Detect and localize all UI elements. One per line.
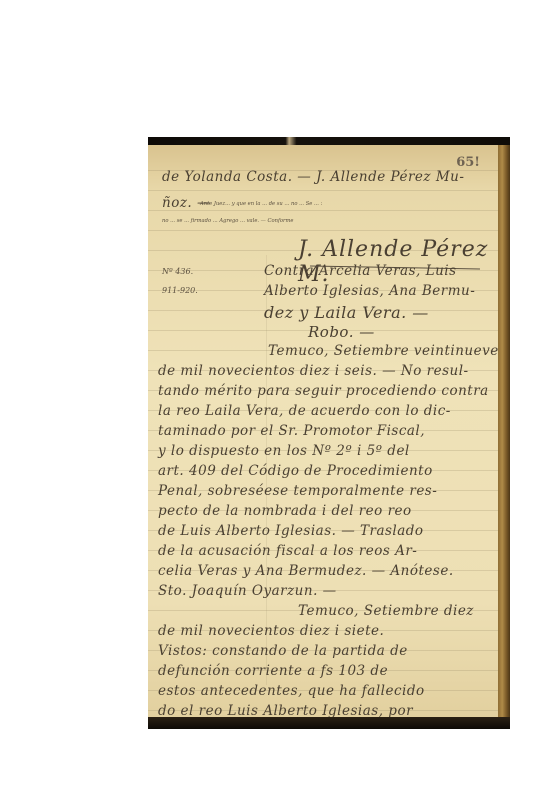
margin-note: Nº 436. (162, 267, 193, 276)
margin-note: 911-920. (162, 286, 198, 295)
entry-title-line: Alberto Iglesias, Ana Bermu- (264, 283, 475, 299)
body-line: Temuco, Setiembre diez (298, 603, 474, 619)
header-line: de Yolanda Costa. — J. Allende Pérez Mu- (162, 169, 464, 185)
signature: J. Allende Pérez M. (298, 237, 498, 287)
page-number: 65! (456, 155, 480, 170)
body-line: Vistos: constando de la partida de (158, 643, 408, 659)
small-note-line: Ante Juez... y que en la ... de su ... n… (200, 201, 322, 207)
body-line: de la acusación fiscal a los reos Ar- (158, 543, 417, 559)
body-line: celia Veras y Ana Bermudez. — Anótese. (158, 563, 454, 579)
body-line: de Luis Alberto Iglesias. — Traslado (158, 523, 424, 539)
entry-title-line: Robo. — (308, 323, 375, 341)
body-line: art. 409 del Código de Procedimiento (158, 463, 433, 479)
entry-title-line: dez y Laila Vera. — (264, 303, 429, 322)
small-note-line: no ... se ... firmado ... Agrego ... val… (162, 218, 293, 224)
book-spine-edge (498, 145, 510, 725)
book-bottom-edge (148, 717, 510, 729)
ledger-page: 65! de Yolanda Costa. — J. Allende Pérez… (148, 145, 498, 717)
entry-title-line: Contra Arcelia Veras, Luis (264, 263, 457, 279)
body-line: Sto. Joaquín Oyarzun. — (158, 583, 337, 599)
body-line: taminado por el Sr. Promotor Fiscal, (158, 423, 425, 439)
body-line: la reo Laila Vera, de acuerdo con lo dic… (158, 403, 451, 419)
document-photo: 65! de Yolanda Costa. — J. Allende Pérez… (148, 137, 510, 729)
body-line: defunción corriente a fs 103 de (158, 663, 388, 679)
body-line: tando mérito para seguir procediendo con… (158, 383, 489, 399)
body-line: de mil novecientos diez i seis. — No res… (158, 363, 469, 379)
body-line: estos antecedentes, que ha fallecido (158, 683, 425, 699)
book-top-edge (148, 137, 510, 145)
body-line: Penal, sobreséese temporalmente res- (158, 483, 437, 499)
body-line: de mil novecientos diez i siete. (158, 623, 384, 639)
body-line: pecto de la nombrada i del reo reo (158, 503, 412, 519)
body-line: Temuco, Setiembre veintinueve (268, 343, 499, 359)
body-line: y lo dispuesto en los Nº 2º i 5º del (158, 443, 410, 459)
